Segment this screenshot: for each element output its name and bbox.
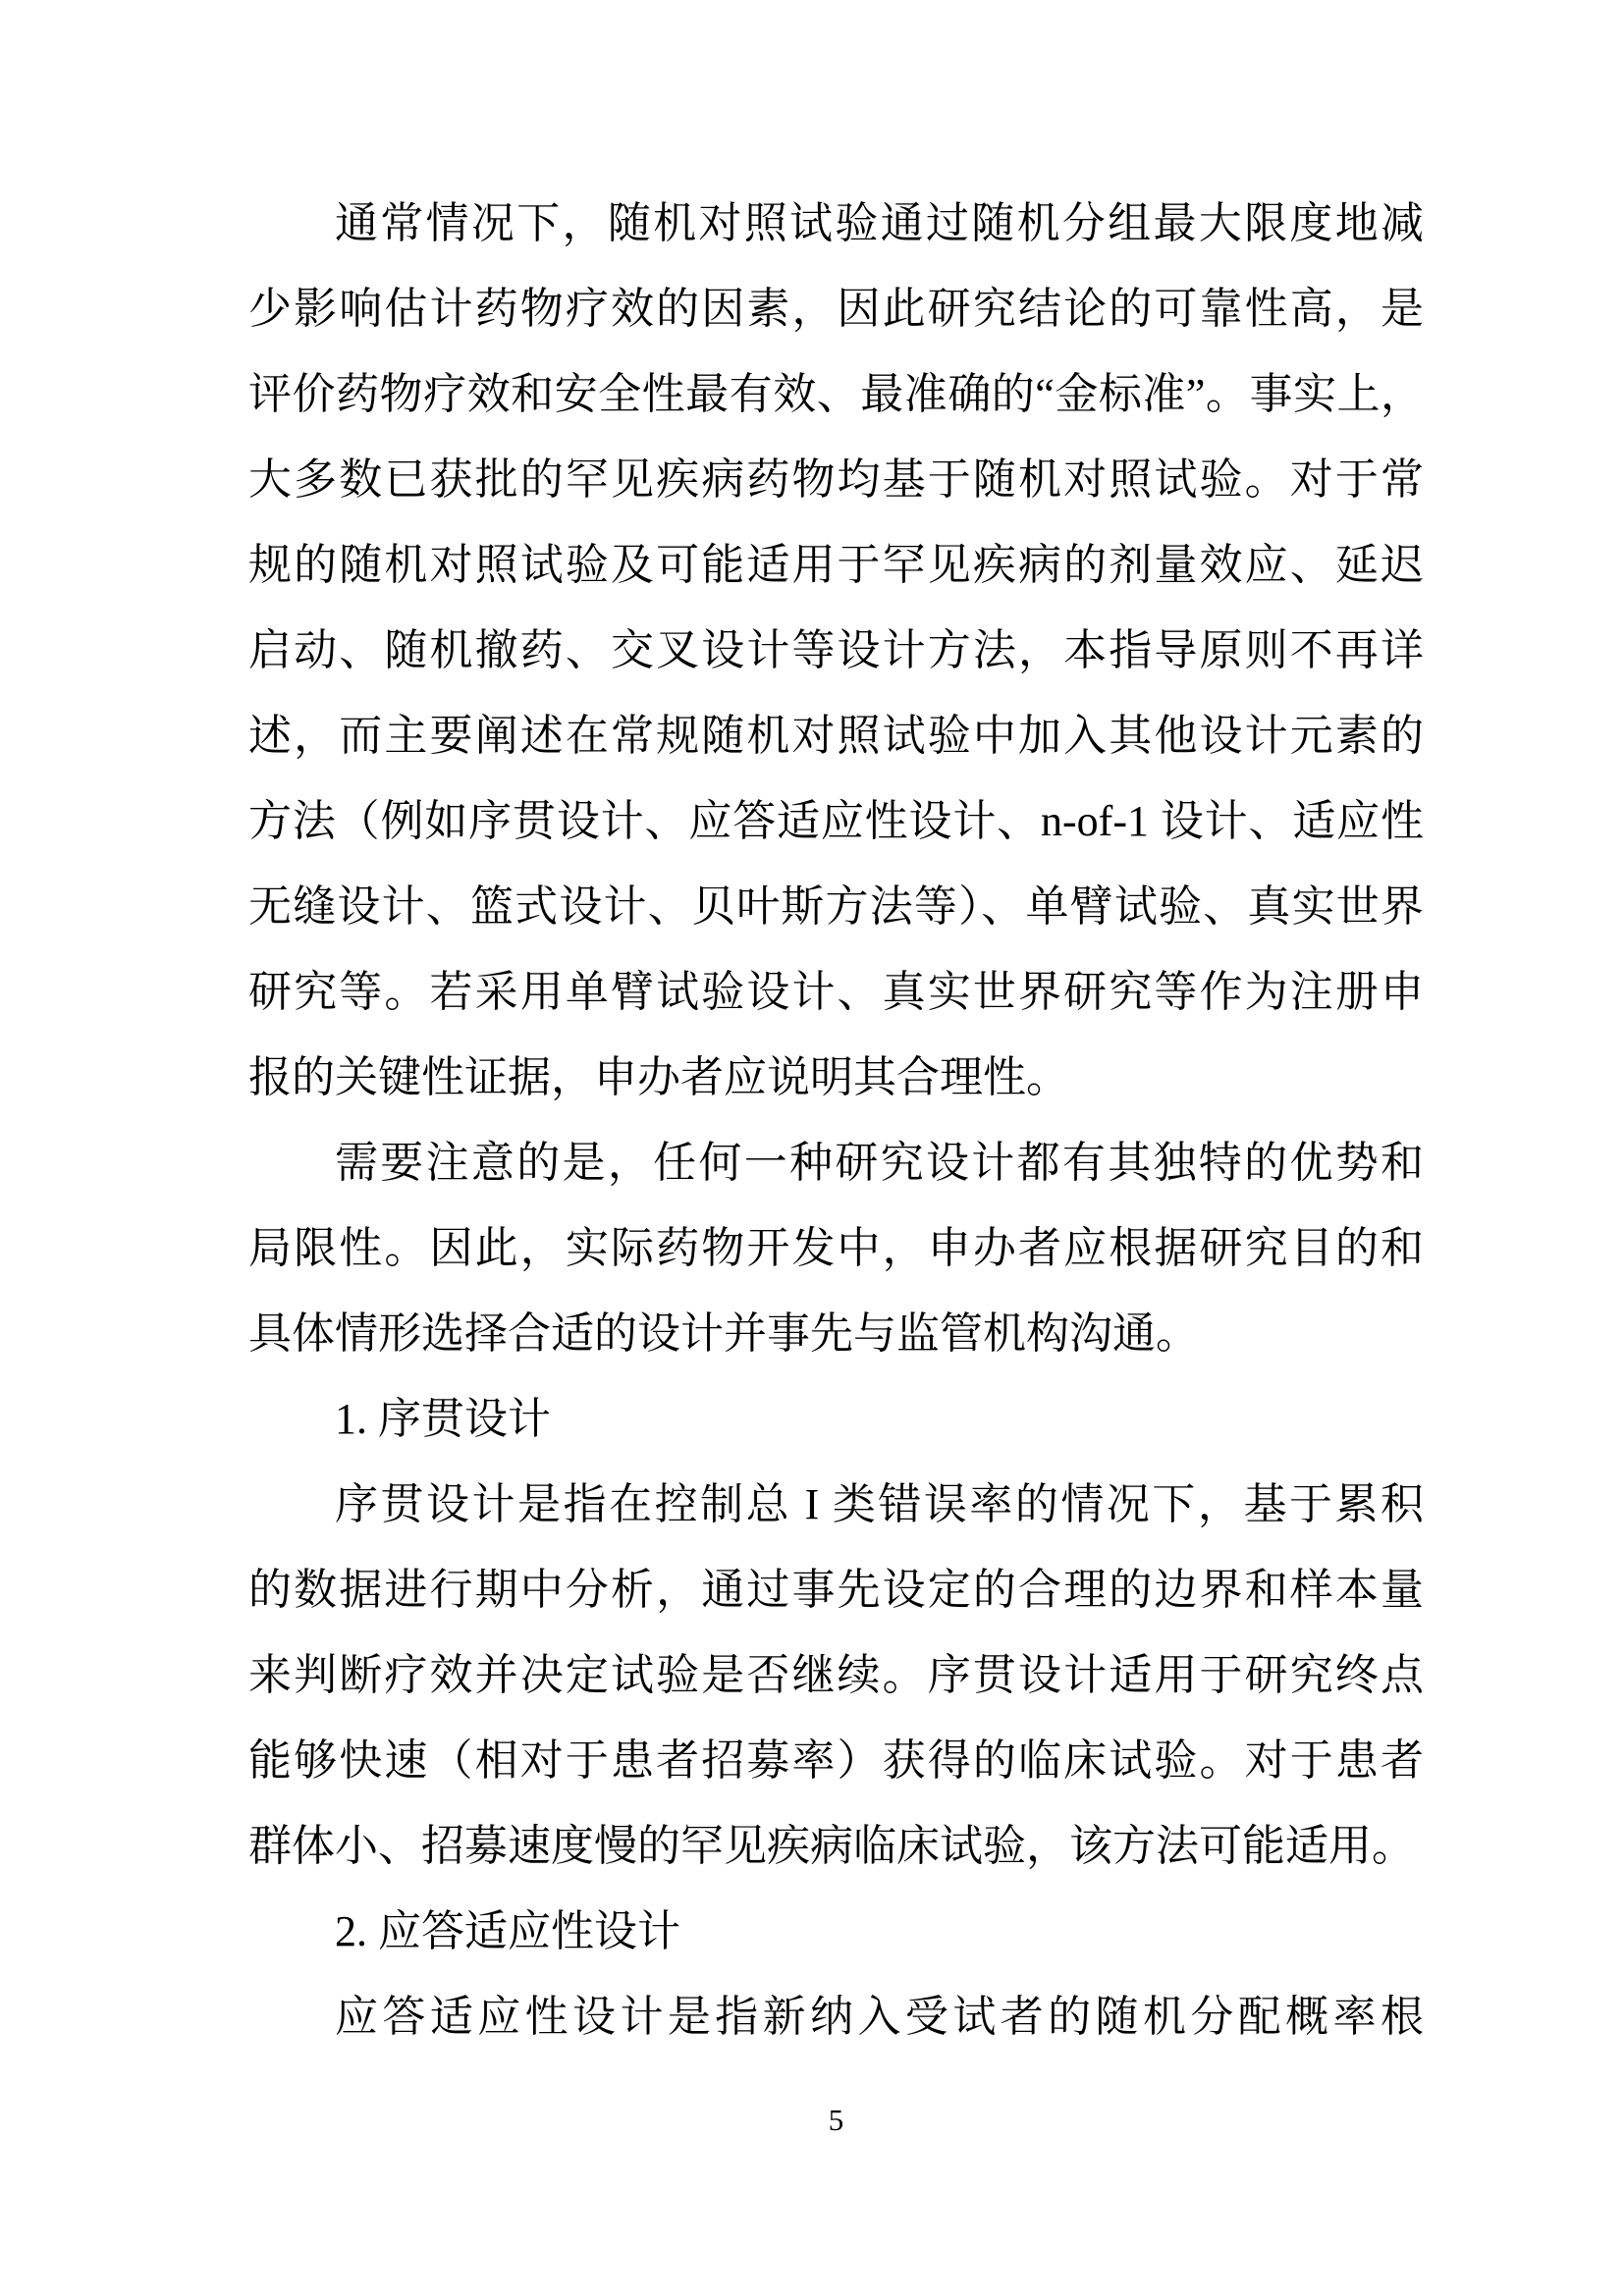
text-line: 无缝设计、篮式设计、贝叶斯方法等）、单臂试验、真实世界: [248, 864, 1424, 949]
text-line: 评价药物疗效和安全性最有效、最准确的“金标准”。事实上，: [248, 351, 1424, 437]
text-line: 通常情况下，随机对照试验通过随机分组最大限度地减: [248, 181, 1424, 266]
text-line: 规的随机对照试验及可能适用于罕见疾病的剂量效应、延迟: [248, 522, 1424, 608]
text-line: 具体情形选择合适的设计并事先与监管机构沟通。: [248, 1291, 1424, 1376]
text-line: 1. 序贯设计: [248, 1376, 1424, 1462]
text-line: 少影响估计药物疗效的因素，因此研究结论的可靠性高，是: [248, 266, 1424, 351]
text-line: 来判断疗效并决定试验是否继续。序贯设计适用于研究终点: [248, 1632, 1424, 1718]
text-line: 启动、随机撤药、交叉设计等设计方法，本指导原则不再详: [248, 608, 1424, 693]
document-text-block: 通常情况下，随机对照试验通过随机分组最大限度地减少影响估计药物疗效的因素，因此研…: [248, 181, 1424, 2059]
text-line: 能够快速（相对于患者招募率）获得的临床试验。对于患者: [248, 1718, 1424, 1803]
text-line: 应答适应性设计是指新纳入受试者的随机分配概率根: [248, 1974, 1424, 2059]
page-number: 5: [829, 2103, 844, 2137]
text-line: 序贯设计是指在控制总 I 类错误率的情况下，基于累积: [248, 1462, 1424, 1547]
text-line: 2. 应答适应性设计: [248, 1889, 1424, 1974]
text-line: 述，而主要阐述在常规随机对照试验中加入其他设计元素的: [248, 693, 1424, 778]
page-footer: 5: [248, 2101, 1424, 2140]
text-line: 局限性。因此，实际药物开发中，申办者应根据研究目的和: [248, 1205, 1424, 1291]
text-line: 大多数已获批的罕见疾病药物均基于随机对照试验。对于常: [248, 437, 1424, 522]
text-line: 研究等。若采用单臂试验设计、真实世界研究等作为注册申: [248, 949, 1424, 1035]
text-line: 群体小、招募速度慢的罕见疾病临床试验，该方法可能适用。: [248, 1803, 1424, 1889]
text-line: 报的关键性证据，申办者应说明其合理性。: [248, 1035, 1424, 1120]
text-line: 需要注意的是，任何一种研究设计都有其独特的优势和: [248, 1120, 1424, 1205]
text-line: 方法（例如序贯设计、应答适应性设计、n-of-1 设计、适应性: [248, 778, 1424, 864]
text-line: 的数据进行期中分析，通过事先设定的合理的边界和样本量: [248, 1547, 1424, 1632]
document-page: 通常情况下，随机对照试验通过随机分组最大限度地减少影响估计药物疗效的因素，因此研…: [0, 0, 1624, 2296]
